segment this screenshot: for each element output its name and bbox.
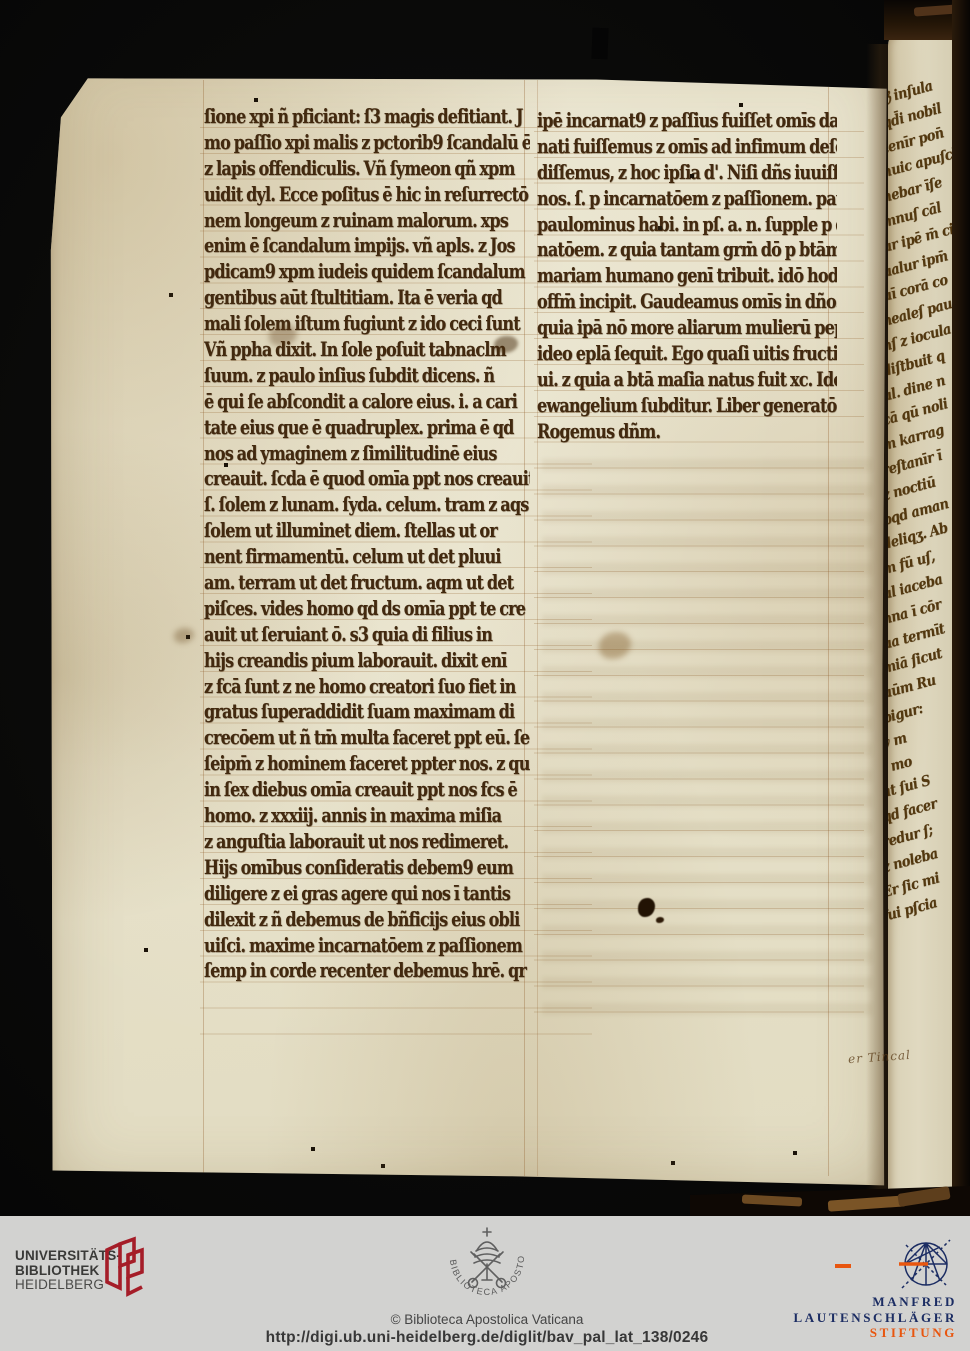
- dust-specks: [50, 44, 52, 46]
- vatican-library-seal-icon: BIBLIOTECA APOSTOLICA VATICANA: [428, 1224, 546, 1312]
- manuscript-text-line: Rogemus dñm.: [537, 416, 837, 448]
- ub-heidelberg-book-icon: [96, 1236, 148, 1298]
- next-page-text-fragments: ℨ inſulaqd̄i nobiltenīr pon̄huic apuſclh…: [888, 24, 956, 931]
- text-column-left: ſione xpi ñ pficiant: ſ3 magis defitiant…: [204, 104, 530, 994]
- mls-globe-icon: [899, 1238, 953, 1292]
- mls-dash-icon: [835, 1264, 851, 1268]
- manuscript-text-line: ſemp in corde recenter debemus hrē. qr ñ: [204, 956, 530, 988]
- image-source-url: http://digi.ub.uni-heidelberg.de/diglit/…: [187, 1329, 787, 1347]
- mls-line2: LAUTENSCHLÄGER: [793, 1310, 957, 1326]
- footer-bar: UNIVERSITÄTS- BIBLIOTHEK HEIDELBERG BIBL…: [0, 1216, 970, 1351]
- copyright-text: © Biblioteca Apostolica Vaticana: [287, 1312, 687, 1327]
- mls-line1: MANFRED: [793, 1294, 957, 1310]
- ink-bleed-through: [542, 459, 872, 1019]
- manuscript-page: ſione xpi ñ pficiant: ſ3 magis defitiant…: [50, 44, 890, 1190]
- mls-wordmark: MANFRED LAUTENSCHLÄGER STIFTUNG: [793, 1294, 957, 1341]
- book-fore-edge: [952, 0, 970, 1216]
- stain: [174, 628, 194, 643]
- text-column-right: ipē incarnat9 z paſſius fuiſſet omīs dam…: [537, 108, 837, 453]
- digitized-manuscript-scan: ſione xpi ñ pficiant: ſ3 magis defitiant…: [0, 0, 970, 1351]
- next-page-edge: ℨ inſulaqd̄i nobiltenīr pon̄huic apuſclh…: [888, 24, 956, 1212]
- mls-line3: STIFTUNG: [793, 1325, 957, 1341]
- photo-background: ſione xpi ñ pficiant: ſ3 magis defitiant…: [0, 0, 970, 1216]
- bookmark-tab: [591, 28, 608, 60]
